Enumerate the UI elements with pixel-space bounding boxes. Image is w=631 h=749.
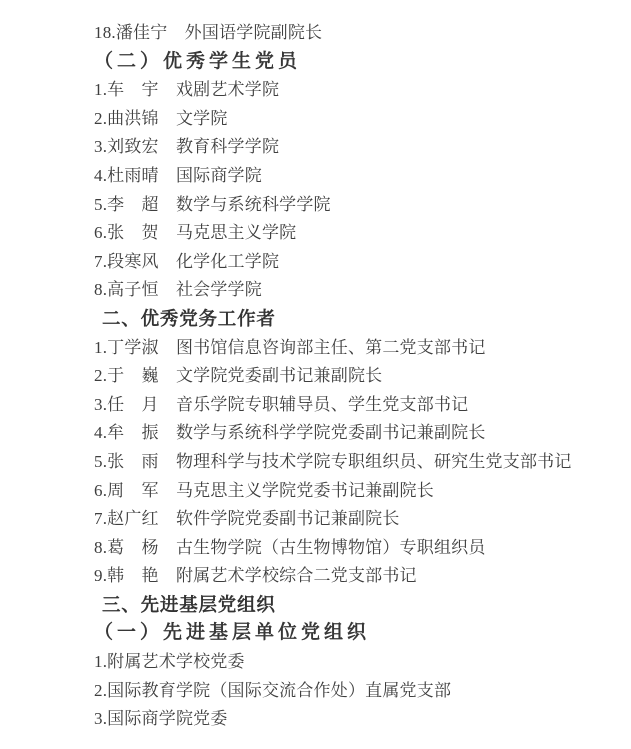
list-item: 2.于 巍 文学院党委副书记兼副院长 — [94, 362, 603, 391]
list-item: 2.曲洪锦 文学院 — [94, 105, 603, 134]
subsection-heading: （一）先进基层单位党组织 — [94, 619, 603, 648]
list-item: 3.任 月 音乐学院专职辅导员、学生党支部书记 — [94, 391, 603, 420]
list-item: 7.段寒风 化学化工学院 — [94, 248, 603, 277]
list-item: 8.高子恒 社会学学院 — [94, 276, 603, 305]
document-page: 18.潘佳宁 外国语学院副院长 （二）优秀学生党员 1.车 宇 戏剧艺术学院 2… — [0, 0, 631, 749]
list-item: 4.杜雨晴 国际商学院 — [94, 162, 603, 191]
list-item: 5.李 超 数学与系统科学学院 — [94, 191, 603, 220]
list-item: 5.张 雨 物理科学与技术学院专职组织员、研究生党支部书记 — [94, 448, 603, 477]
list-item: 4.牟 振 数学与系统科学学院党委副书记兼副院长 — [94, 419, 603, 448]
list-item: 6.张 贺 马克思主义学院 — [94, 219, 603, 248]
list-item: 6.周 军 马克思主义学院党委书记兼副院长 — [94, 477, 603, 506]
list-item: 9.韩 艳 附属艺术学校综合二党支部书记 — [94, 562, 603, 591]
list-item: 2.国际教育学院（国际交流合作处）直属党支部 — [94, 677, 603, 706]
list-item: 8.葛 杨 古生物学院（古生物博物馆）专职组织员 — [94, 534, 603, 563]
list-item: 7.赵广红 软件学院党委副书记兼副院长 — [94, 505, 603, 534]
list-item: 18.潘佳宁 外国语学院副院长 — [94, 19, 603, 48]
list-item: 3.国际商学院党委 — [94, 705, 603, 734]
list-item: 1.车 宇 戏剧艺术学院 — [94, 76, 603, 105]
subsection-heading: （二）优秀学生党员 — [94, 48, 603, 77]
list-item: 1.附属艺术学校党委 — [94, 648, 603, 677]
list-item: 3.刘致宏 教育科学学院 — [94, 133, 603, 162]
list-item: 1.丁学淑 图书馆信息咨询部主任、第二党支部书记 — [94, 334, 603, 363]
section-heading: 三、先进基层党组织 — [102, 591, 603, 620]
section-heading: 二、优秀党务工作者 — [102, 305, 603, 334]
